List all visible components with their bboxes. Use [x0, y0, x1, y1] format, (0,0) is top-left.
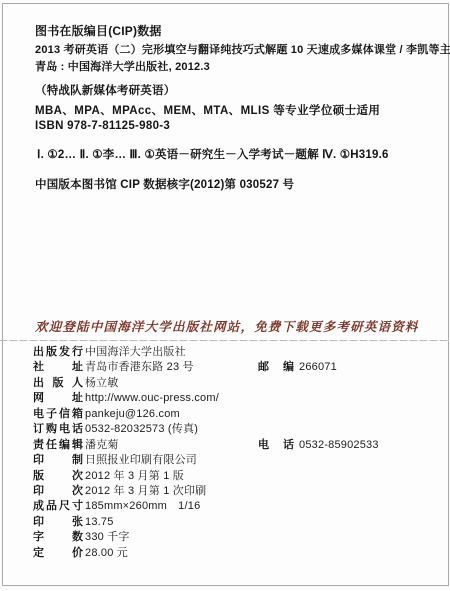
field-label: 订购电话 — [33, 422, 83, 437]
field-label: 字数 — [33, 530, 83, 545]
cip-series: （特战队新媒体考研英语） — [35, 82, 175, 98]
field-label: 责任编辑 — [33, 438, 83, 453]
field-value: http://www.ouc-press.com/ — [85, 392, 219, 404]
colophon-row: 版次2012 年 3 月第 1 版 — [33, 469, 433, 484]
field-value: 青岛市香港东路 23 号 — [85, 361, 194, 373]
field-label: 成品尺寸 — [33, 499, 83, 514]
field-value: 杨立敏 — [85, 377, 119, 389]
field-label: 印制 — [33, 453, 83, 468]
divider-line — [0, 340, 450, 341]
cip-classification: Ⅰ. ①2… Ⅱ. ①李… Ⅲ. ①英语－研究生－入学考试－题解 Ⅳ. ①H31… — [37, 146, 389, 162]
colophon-row: 社址青岛市香港东路 23 号 邮编266071 — [33, 360, 433, 375]
field-label: 电话 — [258, 438, 294, 453]
colophon-row: 印张13.75 — [33, 515, 433, 530]
field-value: 2012 年 3 月第 1 版 — [85, 470, 184, 482]
field-value: 2012 年 3 月第 1 次印刷 — [85, 485, 206, 497]
field-label: 版次 — [33, 469, 83, 484]
field-value: 潘克菊 — [85, 439, 119, 451]
scanned-page: 图书在版编目(CIP)数据 2013 考研英语（二）完形填空与翻译纯技巧式解题 … — [0, 0, 450, 591]
colophon-row: 网址http://www.ouc-press.com/ — [33, 391, 433, 406]
field-label: 网址 — [33, 391, 83, 406]
field-value: 日照报业印刷有限公司 — [85, 454, 197, 466]
cip-isbn: ISBN 978-7-81125-980-3 — [35, 120, 170, 132]
field-value: 0532-82032573 (传真) — [85, 423, 198, 435]
colophon-row: 定价28.00 元 — [33, 546, 433, 561]
colophon-row: 出版人杨立敏 — [33, 376, 433, 391]
field-value: 266071 — [299, 360, 337, 375]
field-label: 出版人 — [33, 376, 83, 391]
colophon-row: 出版发行中国海洋大学出版社 — [33, 345, 433, 360]
field-value: 330 千字 — [85, 531, 130, 543]
colophon-block: 出版发行中国海洋大学出版社 社址青岛市香港东路 23 号 邮编266071 出版… — [33, 345, 433, 561]
promo-line: 欢迎登陆中国海洋大学出版社网站，免费下载更多考研英语资料 — [35, 317, 419, 335]
field-label: 定价 — [33, 546, 83, 561]
cip-heading: 图书在版编目(CIP)数据 — [35, 22, 162, 39]
cip-title-line-1: 2013 考研英语（二）完形填空与翻译纯技巧式解题 10 天速成多媒体课堂 / … — [35, 41, 450, 57]
field-value: 185mm×260mm 1/16 — [85, 500, 200, 512]
field-label: 电子信箱 — [33, 407, 83, 422]
field-value: 中国海洋大学出版社 — [85, 346, 186, 358]
cip-audience: MBA、MPA、MPAcc、MEM、MTA、MLIS 等专业学位硕士适用 — [35, 102, 380, 118]
field-label: 出版发行 — [33, 345, 83, 360]
colophon-row: 印次2012 年 3 月第 1 次印刷 — [33, 484, 433, 499]
field-value: 0532-85902533 — [299, 438, 379, 453]
colophon-row: 成品尺寸185mm×260mm 1/16 — [33, 499, 433, 514]
colophon-row: 责任编辑潘克菊 电话0532-85902533 — [33, 438, 433, 453]
field-label: 印次 — [33, 484, 83, 499]
field-label: 邮编 — [258, 360, 294, 375]
field-label: 社址 — [33, 360, 83, 375]
field-label: 印张 — [33, 515, 83, 530]
field-value: pankeju@126.com — [85, 408, 180, 420]
field-value: 13.75 — [85, 516, 114, 528]
colophon-row: 印制日照报业印刷有限公司 — [33, 453, 433, 468]
cip-record-number: 中国版本图书馆 CIP 数据核字(2012)第 030527 号 — [35, 176, 294, 192]
cip-title-line-2: 青岛 : 中国海洋大学出版社, 2012.3 — [35, 58, 210, 74]
field-value: 28.00 元 — [85, 547, 128, 559]
colophon-row: 订购电话0532-82032573 (传真) — [33, 422, 433, 437]
colophon-row: 电子信箱pankeju@126.com — [33, 407, 433, 422]
colophon-row: 字数330 千字 — [33, 530, 433, 545]
